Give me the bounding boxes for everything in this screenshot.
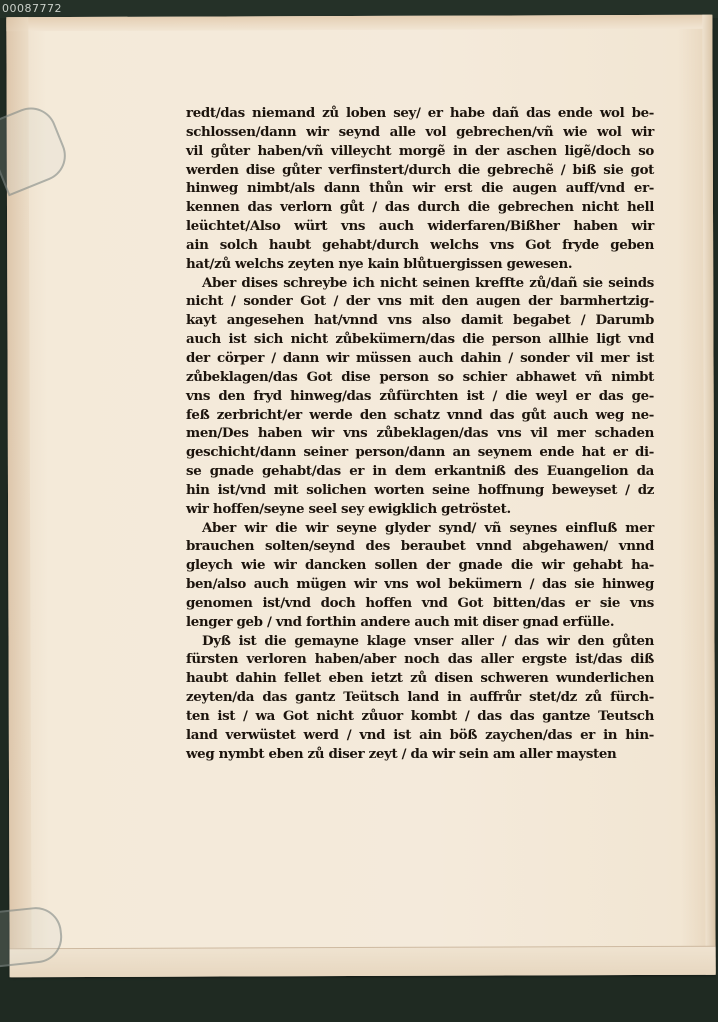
page-edge-right xyxy=(702,15,715,975)
text-line: weg nymbt eben zů diser zeyt / da wir se… xyxy=(186,745,654,764)
text-line: kayt angesehen hat/vnnd vns also damit b… xyxy=(186,311,654,330)
text-line: vil gůter haben/vñ villeycht morgẽ in de… xyxy=(186,142,654,161)
text-line: gleych wie wir dancken sollen der gnade … xyxy=(186,556,654,575)
text-line: geschicht/dann seiner person/dann an sey… xyxy=(186,443,654,462)
page-body-text: redt/das niemand zů loben sey/ er habe d… xyxy=(186,104,654,764)
text-line: vns den fryd hinweg/das zůfürchten ist /… xyxy=(186,387,654,406)
text-line: hin ist/vnd mit solichen worten seine ho… xyxy=(186,481,654,500)
page-edge-bottom xyxy=(10,946,716,977)
text-line: zůbeklagen/das Got dise person so schier… xyxy=(186,368,654,387)
text-line: ben/also auch mügen wir vns wol bekümern… xyxy=(186,575,654,594)
text-line: hat/zů welchs zeyten nye kain blůtuergis… xyxy=(186,255,654,274)
text-line: schlossen/dann wir seynd alle vol gebrec… xyxy=(186,123,654,142)
text-line: fürsten verloren haben/aber noch das all… xyxy=(186,650,654,669)
text-line: Aber dises schreybe ich nicht seinen kre… xyxy=(186,274,654,293)
text-line: der cörper / dann wir müssen auch dahin … xyxy=(186,349,654,368)
text-line: werden dise gůter verfinstert/durch die … xyxy=(186,161,654,180)
text-line: Dyß ist die gemayne klage vnser aller / … xyxy=(186,632,654,651)
text-line: wir hoffen/seyne seel sey ewigklich getr… xyxy=(186,500,654,519)
text-line: Aber wir die wir seyne glyder synd/ vñ s… xyxy=(186,519,654,538)
text-line: leüchtet/Also würt vns auch widerfaren/B… xyxy=(186,217,654,236)
text-line: ain solch haubt gehabt/durch welchs vns … xyxy=(186,236,654,255)
scan-id-label: 00087772 xyxy=(2,2,62,15)
page-edge-top xyxy=(6,15,712,31)
text-line: lenger geb / vnd forthin andere auch mit… xyxy=(186,613,654,632)
text-line: nicht / sonder Got / der vns mit den aug… xyxy=(186,292,654,311)
text-line: men/Des haben wir vns zůbeklagen/das vns… xyxy=(186,424,654,443)
text-line: ten ist / wa Got nicht zůuor kombt / das… xyxy=(186,707,654,726)
text-line: zeyten/da das gantz Teütsch land in auff… xyxy=(186,688,654,707)
text-line: haubt dahin fellet eben ietzt zů disen s… xyxy=(186,669,654,688)
text-line: feß zerbricht/er werde den schatz vnnd d… xyxy=(186,406,654,425)
text-line: land verwüstet werd / vnd ist ain böß za… xyxy=(186,726,654,745)
text-line: genomen ist/vnd doch hoffen vnd Got bitt… xyxy=(186,594,654,613)
text-line: kennen das verlorn gůt / das durch die g… xyxy=(186,198,654,217)
text-line: hinweg nimbt/als dann thůn wir erst die … xyxy=(186,179,654,198)
text-line: auch ist sich nicht zůbekümern/das die p… xyxy=(186,330,654,349)
text-line: redt/das niemand zů loben sey/ er habe d… xyxy=(186,104,654,123)
text-line: se gnade gehabt/das er in dem erkantniß … xyxy=(186,462,654,481)
text-line: brauchen solten/seynd des beraubet vnnd … xyxy=(186,537,654,556)
